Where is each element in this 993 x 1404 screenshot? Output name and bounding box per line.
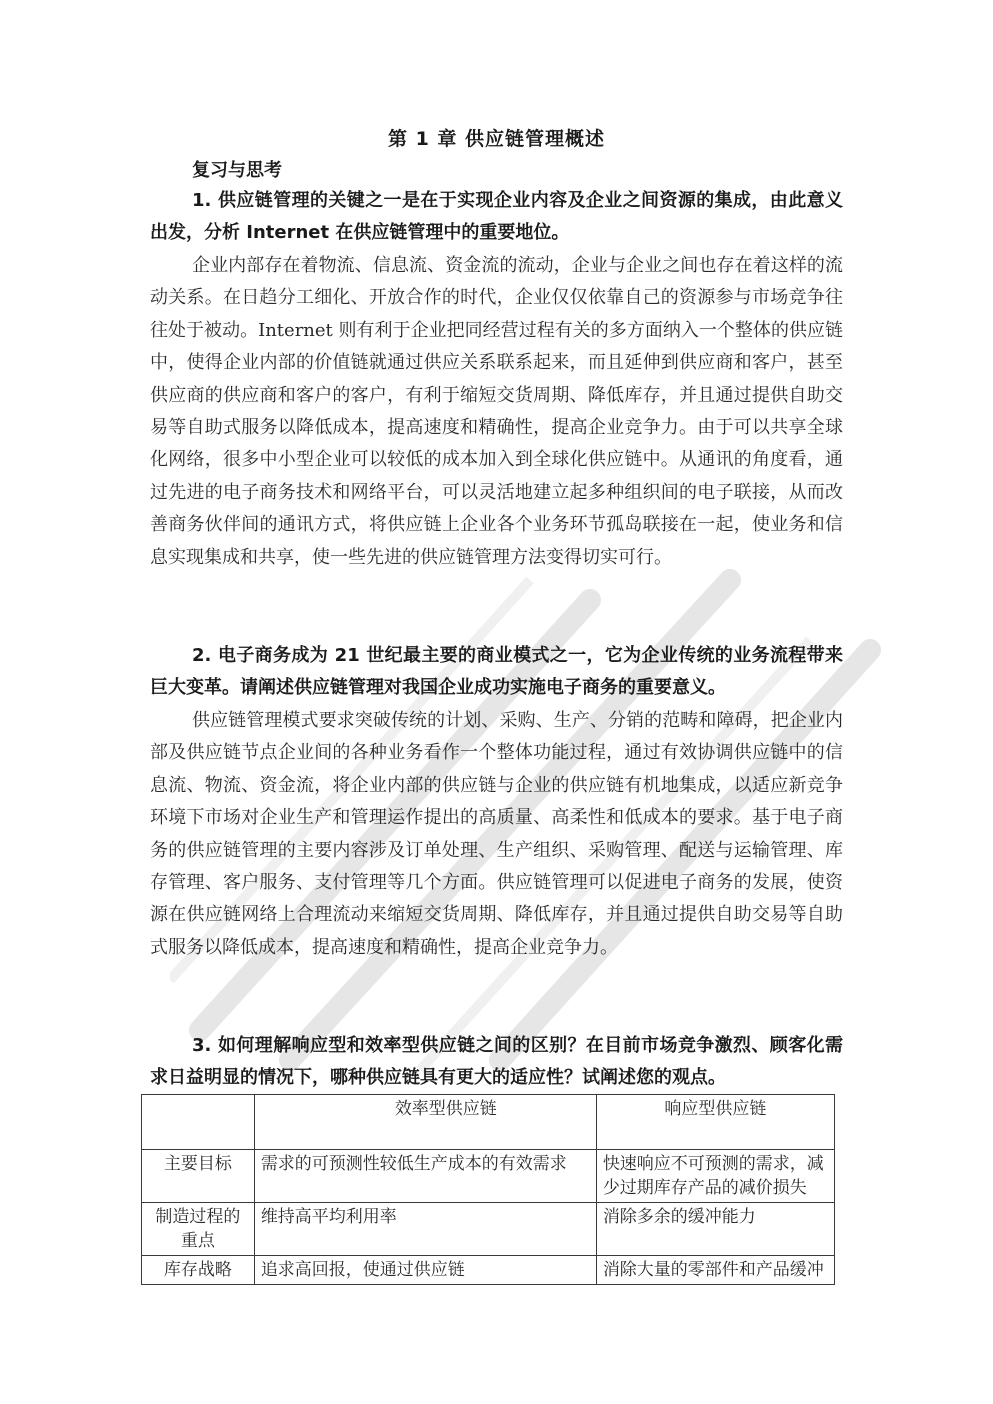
- chapter-title: 第 1 章 供应链管理概述: [150, 124, 843, 151]
- question-1: 1. 供应链管理的关键之一是在于实现企业内容及企业之间资源的集成，由此意义出发，…: [150, 185, 843, 250]
- cell-responsive: 快速响应不可预测的需求，减少过期库存产品的减价损失: [596, 1150, 834, 1203]
- table-header-responsive: 响应型供应链: [596, 1095, 834, 1150]
- cell-efficient: 维持高平均利用率: [254, 1203, 596, 1256]
- row-label: 主要目标: [142, 1150, 255, 1203]
- row-label: 制造过程的重点: [142, 1203, 255, 1256]
- row-label: 库存战略: [142, 1256, 255, 1285]
- answer-1: 企业内部存在着物流、信息流、资金流的流动，企业与企业之间也存在着这样的流动关系。…: [150, 250, 843, 574]
- table-row: 制造过程的重点 维持高平均利用率 消除多余的缓冲能力: [142, 1203, 835, 1256]
- table-row: 库存战略 追求高回报，使通过供应链 消除大量的零部件和产品缓冲: [142, 1256, 835, 1285]
- cell-efficient: 需求的可预测性较低生产成本的有效需求: [254, 1150, 596, 1203]
- question-2: 2. 电子商务成为 21 世纪最主要的商业模式之一，它为企业传统的业务流程带来巨…: [150, 640, 843, 705]
- cell-responsive: 消除多余的缓冲能力: [596, 1203, 834, 1256]
- cell-efficient: 追求高回报，使通过供应链: [254, 1256, 596, 1285]
- table-header-cell: [142, 1095, 255, 1150]
- answer-2: 供应链管理模式要求突破传统的计划、采购、生产、分销的范畴和障碍，把企业内部及供应…: [150, 705, 843, 964]
- table-header-row: 效率型供应链 响应型供应链: [142, 1095, 835, 1150]
- section-heading: 复习与思考: [192, 156, 282, 182]
- comparison-table: 效率型供应链 响应型供应链 主要目标 需求的可预测性较低生产成本的有效需求 快速…: [141, 1094, 835, 1285]
- table-row: 主要目标 需求的可预测性较低生产成本的有效需求 快速响应不可预测的需求，减少过期…: [142, 1150, 835, 1203]
- question-3: 3. 如何理解响应型和效率型供应链之间的区别？在目前市场竞争激烈、顾客化需求日益…: [150, 1030, 843, 1095]
- cell-responsive: 消除大量的零部件和产品缓冲: [596, 1256, 834, 1285]
- table-header-efficient: 效率型供应链: [254, 1095, 596, 1150]
